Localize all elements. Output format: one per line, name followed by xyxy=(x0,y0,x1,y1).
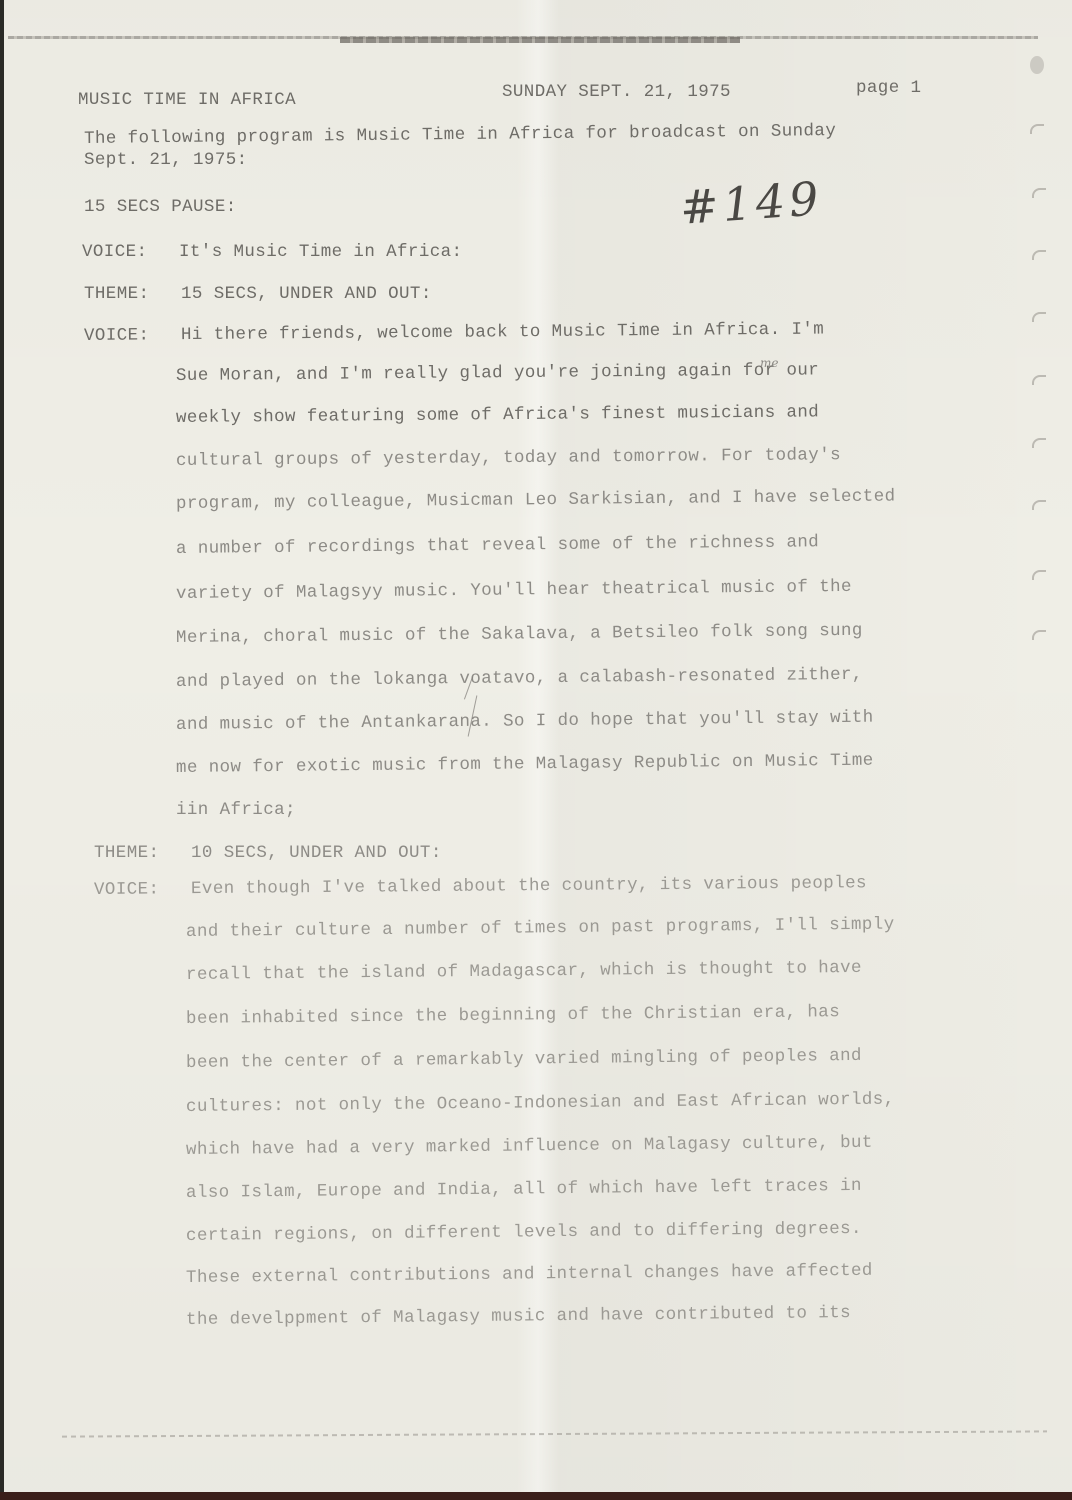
voice-1-line: and played on the lokanga voatavo, a cal… xyxy=(176,665,863,692)
voice-1-line: Sue Moran, and I'm really glad you're jo… xyxy=(176,360,819,386)
voice-2-line: cultures: not only the Oceano-Indonesian… xyxy=(186,1090,895,1117)
voice-2-line: been inhabited since the beginning of th… xyxy=(186,1002,840,1029)
bottom-edge-rule xyxy=(62,1430,1047,1437)
cue-text: 10 SECS, UNDER AND OUT: xyxy=(191,843,442,863)
edge-mark xyxy=(1032,438,1046,448)
cue-label: VOICE: xyxy=(82,242,179,262)
edge-mark xyxy=(1032,570,1046,580)
voice-1-line: and music of the Antankarana. So I do ho… xyxy=(176,708,874,735)
voice-2-line: recall that the island of Madagascar, wh… xyxy=(186,958,862,985)
voice-1-line: me now for exotic music from the Malagas… xyxy=(176,751,874,778)
program-title: MUSIC TIME IN AFRICA xyxy=(78,90,296,110)
edge-mark xyxy=(1032,250,1046,260)
voice-1-line: a number of recordings that reveal some … xyxy=(176,532,819,559)
cue-label: THEME: xyxy=(84,284,181,304)
pencil-insertion: me xyxy=(760,356,778,370)
voice-2-line: which have had a very marked influence o… xyxy=(186,1133,873,1160)
edge-mark xyxy=(1032,312,1046,322)
voice-1-line: VOICE:Hi there friends, welcome back to … xyxy=(84,320,824,346)
cue-label: THEME: xyxy=(94,843,191,863)
edge-mark xyxy=(1032,375,1046,385)
cue-text: 15 SECS, UNDER AND OUT: xyxy=(181,284,432,304)
broadcast-date: SUNDAY SEPT. 21, 1975 xyxy=(502,82,731,102)
cue-pause: 15 SECS PAUSE: xyxy=(84,197,237,217)
scan-bottom-edge xyxy=(0,1492,1072,1500)
intro-line-2: Sept. 21, 1975: xyxy=(84,150,248,170)
voice-1-line: program, my colleague, Musicman Leo Sark… xyxy=(176,486,896,514)
voice-1-line: variety of Malagsyy music. You'll hear t… xyxy=(176,577,852,604)
cue-voice-opening: VOICE:It's Music Time in Africa: xyxy=(82,242,462,262)
voice-2-line: certain regions, on different levels and… xyxy=(186,1219,862,1246)
edge-mark xyxy=(1032,630,1046,640)
handwritten-program-number: #149 xyxy=(678,171,824,235)
cue-theme-2: THEME:10 SECS, UNDER AND OUT: xyxy=(94,843,442,863)
edge-mark xyxy=(1032,500,1046,510)
voice-1-line: Merina, choral music of the Sakalava, a … xyxy=(176,621,863,648)
voice-1-line: weekly show featuring some of Africa's f… xyxy=(176,402,819,428)
voice-1-line: cultural groups of yesterday, today and … xyxy=(176,445,841,471)
voice-1-line: iin Africa; xyxy=(176,800,296,820)
punch-hole-mark xyxy=(1030,56,1044,74)
typed-page: MUSIC TIME IN AFRICA SUNDAY SEPT. 21, 19… xyxy=(4,0,1072,1492)
cue-theme-1: THEME:15 SECS, UNDER AND OUT: xyxy=(84,284,432,304)
speaker-label: VOICE: xyxy=(94,879,191,900)
edge-mark xyxy=(1032,188,1046,198)
speaker-label: VOICE: xyxy=(84,325,181,346)
voice-2-line: VOICE:Even though I've talked about the … xyxy=(94,873,867,900)
voice-2-line: the develppment of Malagasy music and ha… xyxy=(186,1303,851,1330)
voice-2-line: also Islam, Europe and India, all of whi… xyxy=(186,1176,862,1203)
top-edge-rule-dark xyxy=(340,37,740,43)
page-number: page 1 xyxy=(856,78,921,98)
intro-line-1: The following program is Music Time in A… xyxy=(84,121,836,149)
voice-2-line: and their culture a number of times on p… xyxy=(186,915,895,942)
voice-2-line: These external contributions and interna… xyxy=(186,1261,873,1288)
cue-text: It's Music Time in Africa: xyxy=(179,242,462,262)
edge-mark xyxy=(1030,124,1044,134)
voice-2-line: been the center of a remarkably varied m… xyxy=(186,1046,862,1073)
